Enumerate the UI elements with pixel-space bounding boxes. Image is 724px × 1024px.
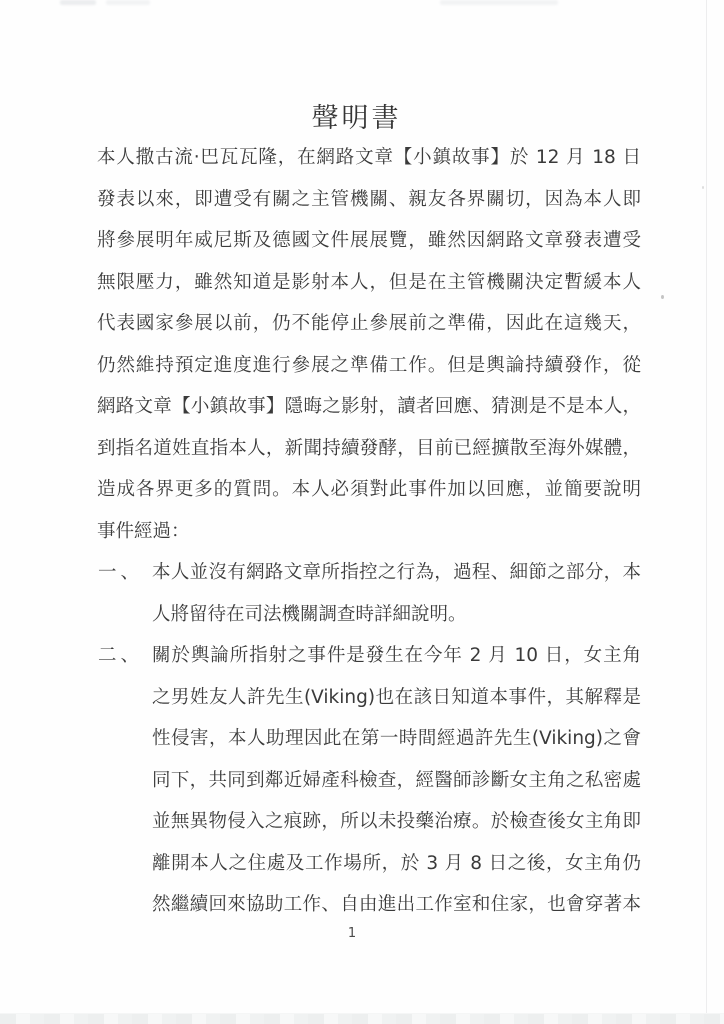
text-line: 仍然維持預定進度進行參展之準備工作。但是輿論持續發作，從 <box>97 352 641 381</box>
text-line: 網路文章【小鎮故事】隱晦之影射，讀者回應、猜測是不是本人， <box>97 393 641 422</box>
scan-smudge <box>440 0 558 5</box>
list-marker: 二、 <box>98 642 143 671</box>
scan-smudge <box>60 0 96 5</box>
text-line: 離開本人之住處及工作場所，於 3 月 8 日之後，女主角仍 <box>152 850 641 879</box>
scan-speck <box>661 295 664 299</box>
text-line: 無限壓力，雖然知道是影射本人，但是在主管機關決定暫緩本人 <box>97 269 641 298</box>
text-line: 然繼續回來協助工作、自由進出工作室和住家，也會穿著本 <box>152 891 641 920</box>
text-line: 將參展明年威尼斯及德國文件展展覽，雖然因網路文章發表遭受 <box>97 227 641 256</box>
document-title: 聲明書 <box>84 96 629 135</box>
document-body: 本人撒古流·巴瓦瓦隆，在網路文章【小鎮故事】於 12 月 18 日發表以來，即遭… <box>97 144 642 934</box>
text-line: 之男姓友人許先生(Viking)也在該日知道本事件，其解釋是 <box>152 684 641 713</box>
scan-speck <box>702 186 704 189</box>
list-marker: 一、 <box>98 559 143 588</box>
text-line: 代表國家參展以前，仍不能停止參展前之準備，因此在這幾天， <box>97 310 641 339</box>
text-line: 事件經過： <box>97 518 190 547</box>
text-line: 本人並沒有網路文章所指控之行為，過程、細節之部分，本 <box>152 559 641 588</box>
text-line: 到指名道姓直指本人，新聞持續發酵，目前已經擴散至海外媒體， <box>97 435 641 464</box>
text-line: 造成各界更多的質問。本人必須對此事件加以回應，並簡要說明 <box>97 476 641 505</box>
text-line: 人將留待在司法機關調查時詳細說明。 <box>152 601 467 630</box>
scan-bottom-band <box>0 1013 724 1024</box>
text-line: 同下，共同到鄰近婦產科檢查，經醫師診斷女主角之私密處 <box>152 767 641 796</box>
scanned-document-page: 聲明書 本人撒古流·巴瓦瓦隆，在網路文章【小鎮故事】於 12 月 18 日發表以… <box>0 0 724 1024</box>
text-line: 性侵害，本人助理因此在第一時間經過許先生(Viking)之會 <box>152 725 641 754</box>
page-number: 1 <box>0 926 704 941</box>
text-line: 關於輿論所指射之事件是發生在今年 2 月 10 日，女主角 <box>152 642 641 671</box>
scan-edge-line <box>706 0 707 1013</box>
text-line: 本人撒古流·巴瓦瓦隆，在網路文章【小鎮故事】於 12 月 18 日 <box>97 144 641 173</box>
scan-smudge <box>106 0 150 5</box>
text-line: 並無異物侵入之痕跡，所以未投藥治療。於檢查後女主角即 <box>152 808 641 837</box>
text-line: 發表以來，即遭受有關之主管機關、親友各界關切，因為本人即 <box>97 186 641 215</box>
